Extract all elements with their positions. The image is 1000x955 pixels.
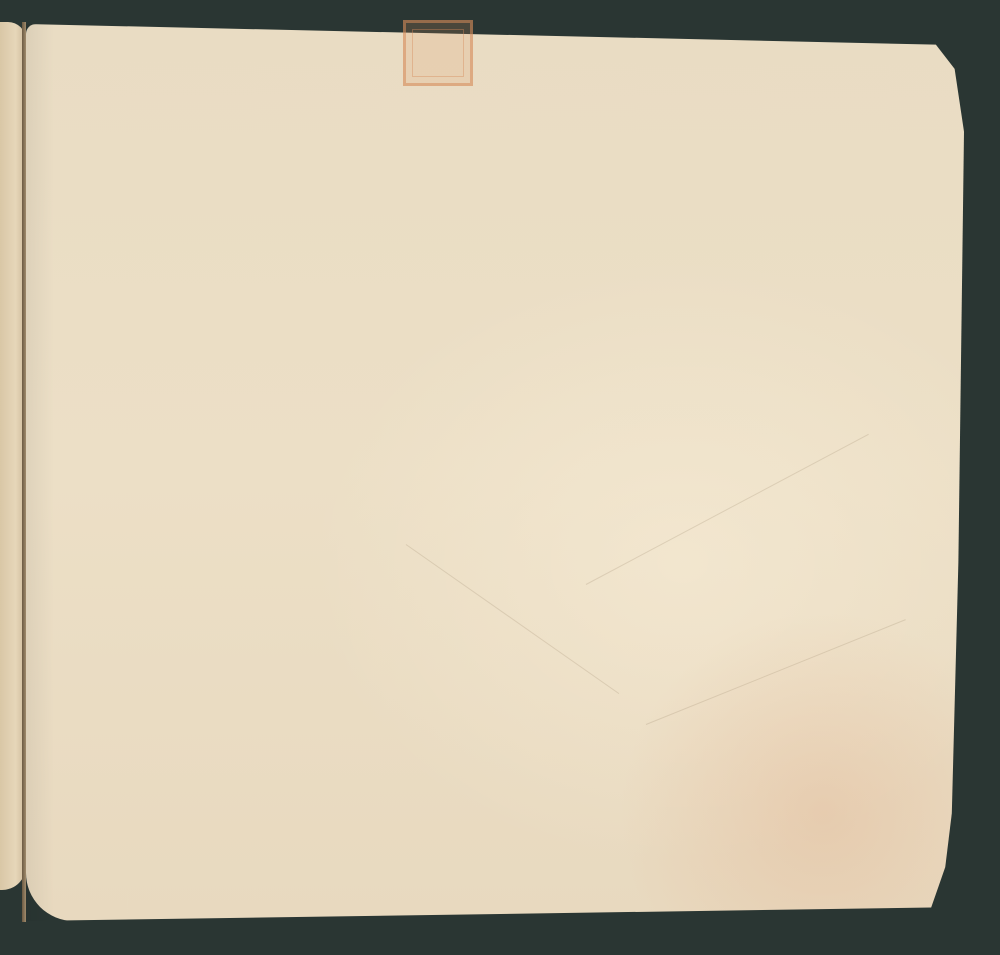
- book-gutter: [22, 22, 26, 922]
- blank-page: [26, 24, 964, 921]
- stamp-caption: [400, 88, 478, 96]
- stamp-border: [412, 29, 464, 77]
- paper-crease: [586, 434, 869, 585]
- paper-crease: [646, 619, 906, 725]
- paper-crease: [406, 544, 620, 694]
- library-stamp: [403, 20, 473, 86]
